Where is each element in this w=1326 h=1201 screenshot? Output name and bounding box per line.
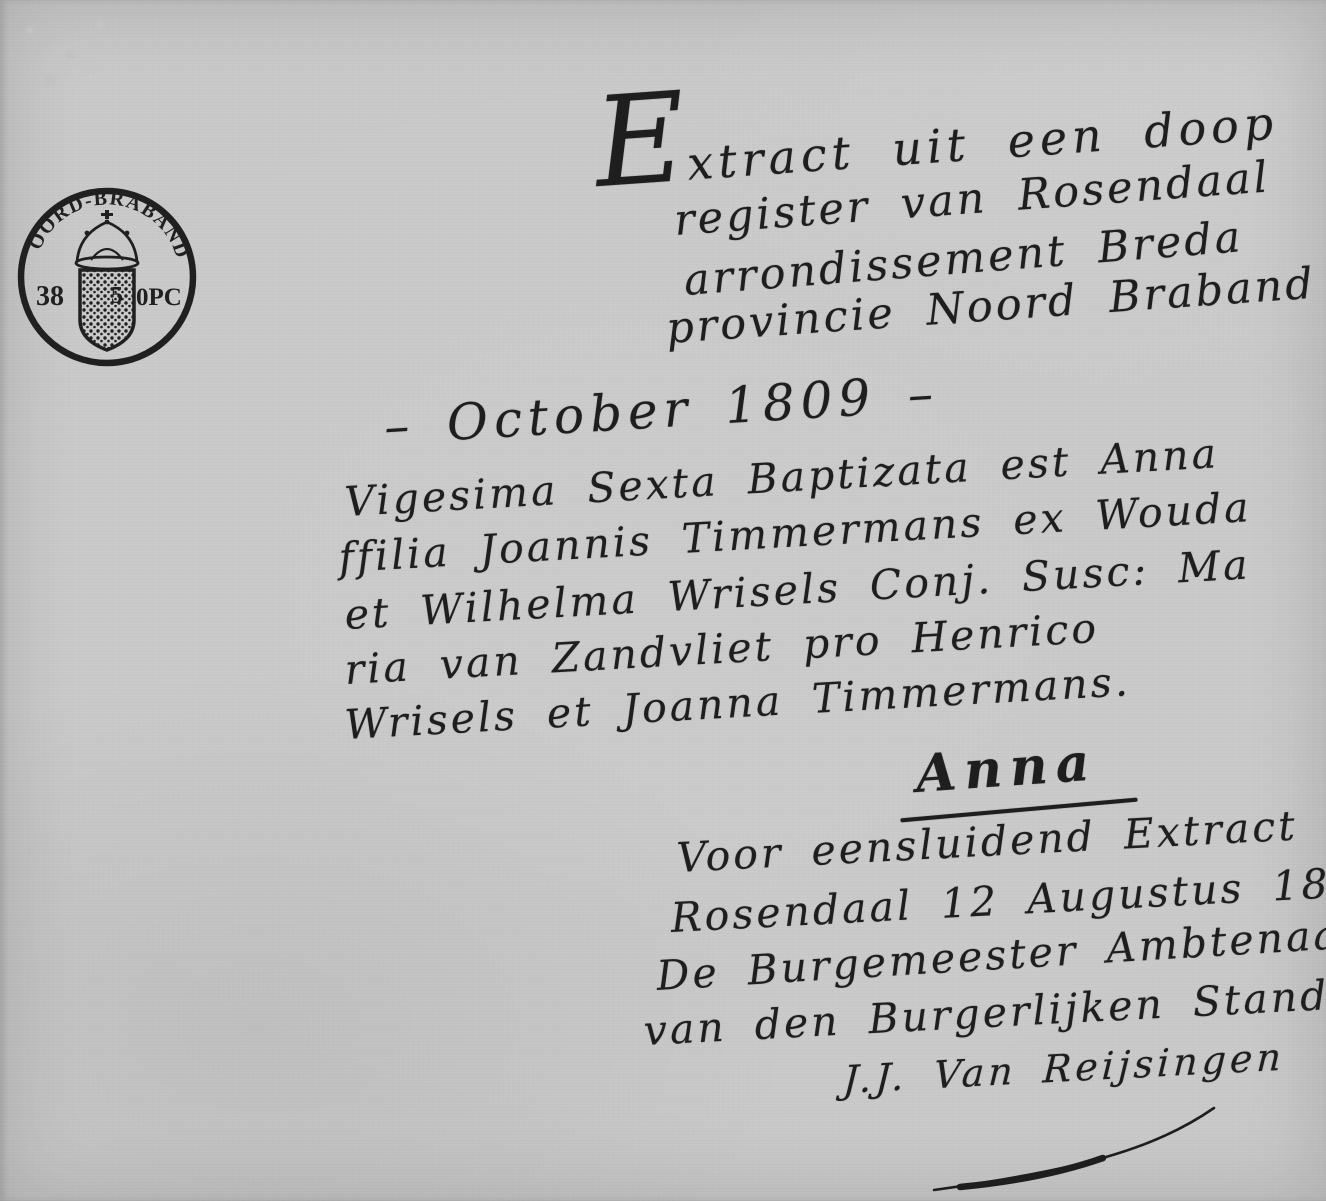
stamp-value-center: 5 — [111, 283, 123, 309]
official-signature: J.J. Van Reijsingen — [842, 1035, 1286, 1102]
baptism-extract-document: NOORD-BRABAND. 38 5 0PC Extract uit een … — [0, 0, 1326, 1201]
revenue-stamp: NOORD-BRABAND. 38 5 0PC — [12, 182, 202, 372]
stamp-crown-icon — [76, 210, 138, 269]
child-name: Anna — [914, 731, 1099, 805]
stamp-value-left: 38 — [36, 281, 64, 312]
date-line: – October 1809 – — [382, 364, 940, 456]
signature-flourish — [918, 1098, 1230, 1198]
embossed-seal — [0, 0, 150, 120]
stamp-shield-icon — [80, 270, 134, 350]
stamp-value-right: 0PC — [136, 284, 182, 311]
